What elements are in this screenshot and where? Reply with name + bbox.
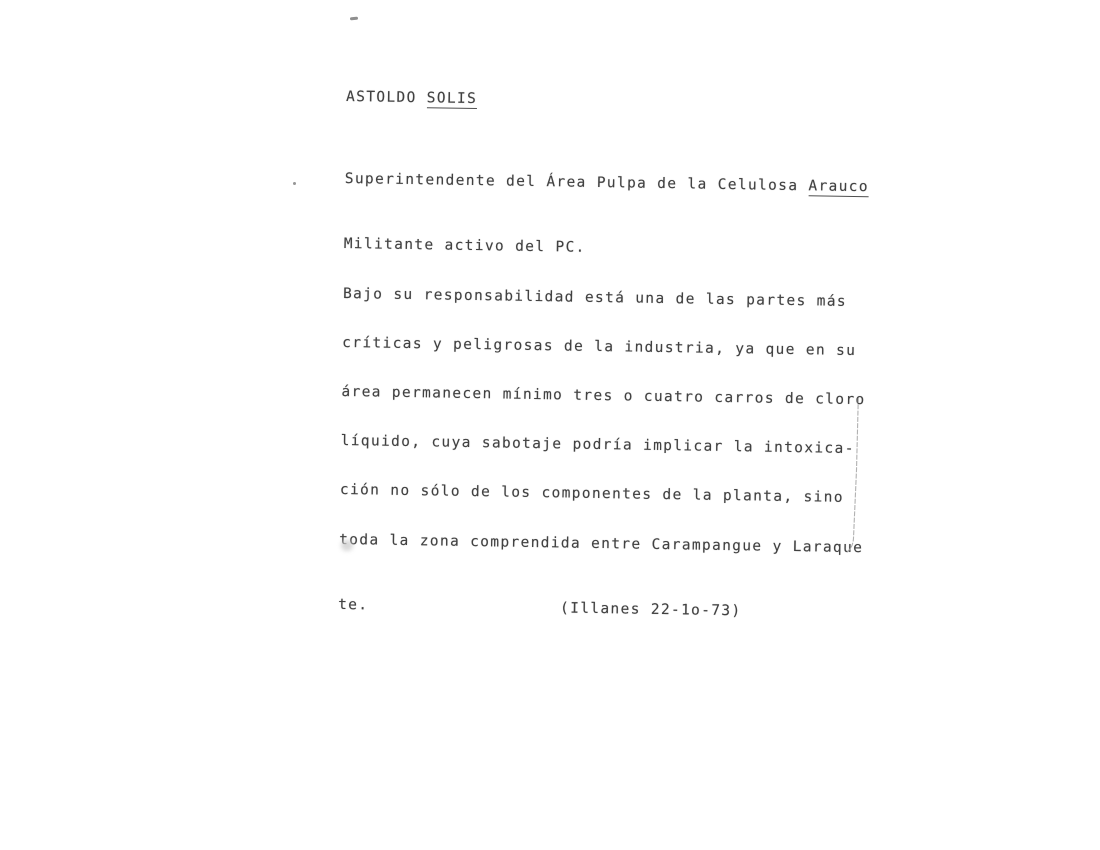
- scan-speck-dash: [350, 17, 358, 21]
- person-surname-underlined: SOLIS: [427, 90, 478, 109]
- scanned-page: ASTOLDO SOLIS Superintendente del Área P…: [0, 0, 1100, 850]
- body-line: Militante activo del PC.: [344, 236, 889, 261]
- typewritten-text-block: ASTOLDO SOLIS Superintendente del Área P…: [337, 40, 892, 671]
- body-line: críticas y peligrosas de la industria, y…: [342, 335, 887, 360]
- scan-smudge: [341, 540, 353, 551]
- last-line-text: te.: [338, 597, 368, 613]
- person-first-name: ASTOLDO: [346, 89, 427, 106]
- citation-source: (Illanes 22-1o-73): [560, 601, 742, 620]
- company-name-underlined: Arauco: [808, 178, 869, 197]
- role-line: Superintendente del Área Pulpa de la Cel…: [345, 171, 890, 196]
- scan-speck-dot: [293, 182, 296, 185]
- body-line: Bajo su responsabilidad está una de las …: [343, 286, 888, 311]
- body-line: toda la zona comprendida entre Carampang…: [339, 532, 884, 557]
- person-name-heading: ASTOLDO SOLIS: [346, 89, 891, 114]
- role-text: Superintendente del Área Pulpa de la Cel…: [345, 171, 809, 194]
- body-line: líquido, cuya sabotaje podría implicar l…: [341, 433, 886, 458]
- last-line: te.(Illanes 22-1o-73): [338, 597, 883, 622]
- scan-fold-line-artifact: [840, 390, 870, 565]
- body-line: área permanecen mínimo tres o cuatro car…: [341, 384, 886, 409]
- body-line: ción no sólo de los componentes de la pl…: [340, 482, 885, 507]
